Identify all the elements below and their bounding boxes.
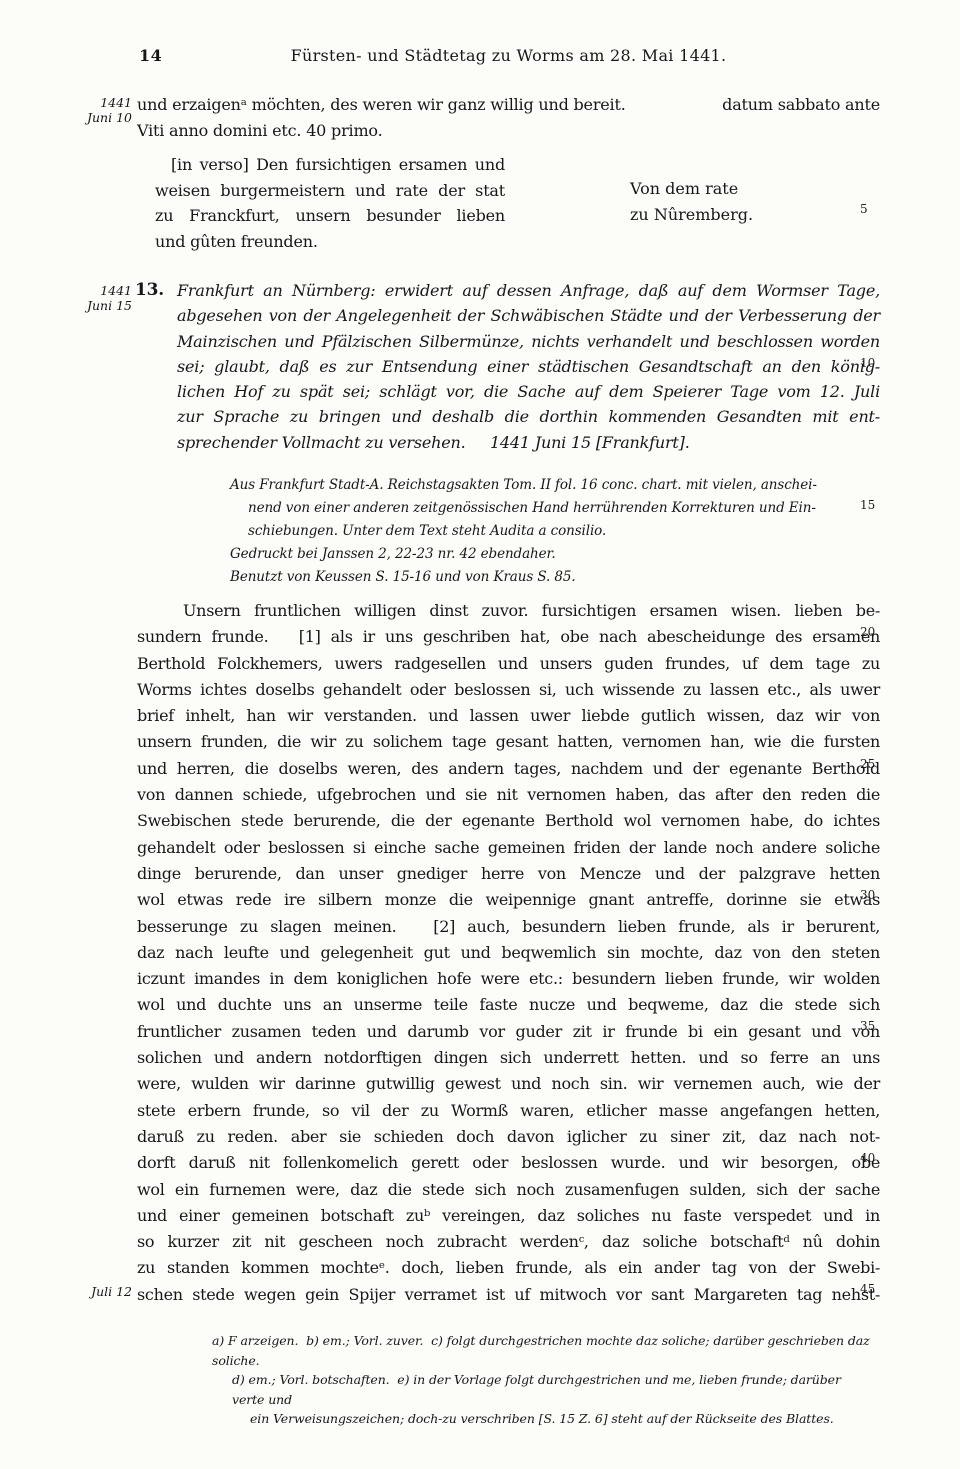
address-line: zu Franckfurt, unsern besunder lieben [155, 203, 505, 229]
doc12-closing-line1: und erzaigenᵃ möchten, des weren wir gan… [137, 92, 880, 118]
body-text-line: Unsern fruntlichen willigen dinst zuvor.… [137, 598, 880, 624]
doc12-closing-line2: Viti anno domini etc. 40 primo. [137, 118, 880, 144]
body-text-line: wol etwas rede ire silbern monze die wei… [137, 887, 880, 913]
sender-line: zu Nûremberg. [630, 202, 753, 228]
margin-date-day: Juni 15 [82, 298, 132, 313]
body-text-line: Berthold Folckhemers, uwers radgesellen … [137, 651, 880, 677]
page-number: 14 [139, 46, 162, 65]
footnote-line: ein Verweisungszeichen; doch-zu verschri… [250, 1409, 874, 1429]
body-text-line: daruß zu reden. aber sie schieden doch d… [137, 1124, 880, 1150]
body-text-line: und herren, die doselbs weren, des ander… [137, 756, 880, 782]
regest-line: Mainzischen und Pfälzischen Silbermünze,… [177, 329, 880, 354]
body-text-line: Worms ichtes doselbs gehandelt oder besl… [137, 677, 880, 703]
source-line: nend von einer anderen zeitgenössischen … [248, 497, 882, 520]
body-text-line: iczunt imandes in dem koniglichen hofe w… [137, 966, 880, 992]
body-text-line: daz nach leufte und gelegenheit gut und … [137, 940, 880, 966]
source-line: schiebungen. Unter dem Text steht Audita… [248, 520, 882, 543]
doc12-address-block: [in verso] Den fursichtigen ersamen und … [155, 152, 505, 254]
doc13-regest: 13. Frankfurt an Nürnberg: erwidert auf … [137, 278, 880, 455]
body-text-line: von dannen schiede, ufgebrochen und sie … [137, 782, 880, 808]
regest-line: Frankfurt an Nürnberg: erwidert auf dess… [177, 278, 880, 303]
body-text-line: wol ein furnemen were, daz die stede sic… [137, 1177, 880, 1203]
source-line: Aus Frankfurt Stadt-A. Reichstagsakten T… [230, 474, 882, 497]
doc13-source-note: Aus Frankfurt Stadt-A. Reichstagsakten T… [230, 474, 882, 589]
running-title: Fürsten- und Städtetag zu Worms am 28. M… [137, 46, 880, 65]
doc13-footnotes: a) F arzeigen. b) em.; Vorl. zuver. c) f… [212, 1331, 874, 1429]
source-line: Gedruckt bei Janssen 2, 22-23 nr. 42 ebe… [230, 543, 882, 566]
body-text-line: brief inhelt, han wir verstanden. und la… [137, 703, 880, 729]
scanned-document-page: 14 Fürsten- und Städtetag zu Worms am 28… [0, 0, 960, 1469]
footnote-line: a) F arzeigen. b) em.; Vorl. zuver. c) f… [212, 1331, 874, 1370]
margin-date-june15: 1441 Juni 15 [82, 283, 132, 313]
doc12-closing-text: und erzaigenᵃ möchten, des weren wir gan… [137, 92, 626, 118]
body-text-line: fruntlicher zusamen teden und darumb vor… [137, 1019, 880, 1045]
regest-line: sprechender Vollmacht zu versehen. 1441 … [177, 430, 880, 455]
body-text-line: were, wulden wir darinne gutwillig gewes… [137, 1071, 880, 1097]
body-text-line: sundern frunde. [1] als ir uns geschribe… [137, 624, 880, 650]
doc12-closing: und erzaigenᵃ möchten, des weren wir gan… [137, 92, 880, 144]
footnote-line: d) em.; Vorl. botschaften. e) in der Vor… [232, 1370, 874, 1409]
address-line: weisen burgermeistern und rate der stat [155, 178, 505, 204]
margin-date-year: 1441 [82, 95, 132, 110]
body-text-line: dinge berurende, dan unser gnediger herr… [137, 861, 880, 887]
margin-date-day: Juni 10 [82, 110, 132, 125]
body-text-line: Swebischen stede berurende, die der egen… [137, 808, 880, 834]
body-text-line: zu standen kommen mochteᵉ. doch, lieben … [137, 1255, 880, 1281]
doc13-number: 13. [135, 278, 164, 303]
body-text-line: besserunge zu slagen meinen. [2] auch, b… [137, 914, 880, 940]
sender-line: Von dem rate [630, 176, 753, 202]
source-line: Benutzt von Keussen S. 15-16 und von Kra… [230, 566, 882, 589]
body-text-line: gehandelt oder beslossen si einche sache… [137, 835, 880, 861]
address-line: und gûten freunden. [155, 229, 505, 255]
line-number-5: 5 [860, 202, 888, 216]
regest-line: lichen Hof zu spät sei; schlägt vor, die… [177, 379, 880, 404]
margin-date-july12: Juli 12 [86, 1284, 132, 1299]
page-header: 14 Fürsten- und Städtetag zu Worms am 28… [137, 46, 880, 65]
margin-date-year: 1441 [82, 283, 132, 298]
doc13-letter-body: Unsern fruntlichen willigen dinst zuvor.… [137, 598, 880, 1308]
body-text-line: dorft daruß nit follenkomelich gerett od… [137, 1150, 880, 1176]
margin-date-june10: 1441 Juni 10 [82, 95, 132, 125]
body-text-line: so kurzer zit nit gescheen noch zubracht… [137, 1229, 880, 1255]
regest-line: abgesehen von der Angelegenheit der Schw… [177, 303, 880, 328]
doc12-sender-block: Von dem rate zu Nûremberg. [630, 176, 753, 228]
body-text-line: stete erbern frunde, so vil der zu Wormß… [137, 1098, 880, 1124]
doc12-datum-text: datum sabbato ante [722, 92, 880, 118]
body-text-line: unsern frunden, die wir zu solichem tage… [137, 729, 880, 755]
body-text-line: wol und duchte uns an unserme teile fast… [137, 992, 880, 1018]
body-text-line: solichen und andern notdorftigen dingen … [137, 1045, 880, 1071]
body-text-line: und einer gemeinen botschaft zuᵇ vereing… [137, 1203, 880, 1229]
regest-line: zur Sprache zu bringen und deshalb die d… [177, 404, 880, 429]
regest-line: sei; glaubt, daß es zur Entsendung einer… [177, 354, 880, 379]
body-text-line: schen stede wegen gein Spijer verramet i… [137, 1282, 880, 1308]
address-line: [in verso] Den fursichtigen ersamen und [155, 152, 505, 178]
